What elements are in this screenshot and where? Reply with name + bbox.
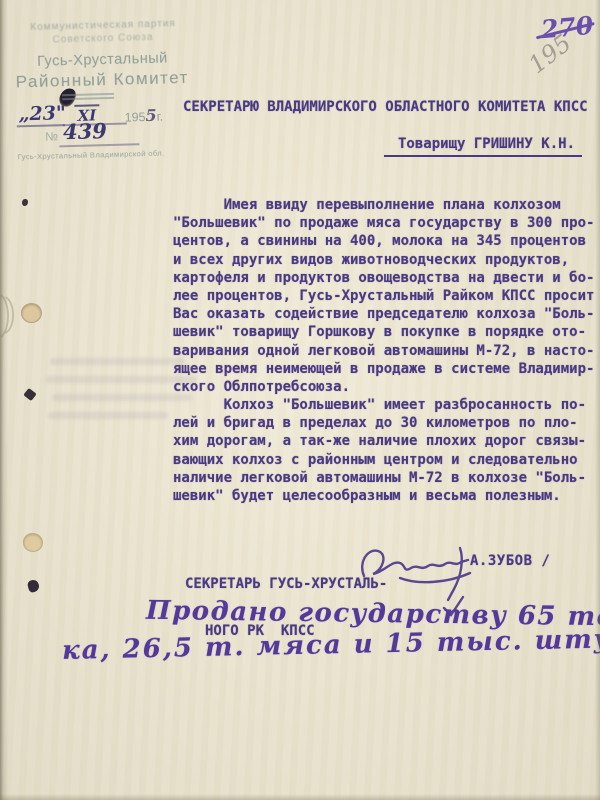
ink-ghost-offset: [48, 412, 168, 419]
body-text-line: "Большевик" по продаже мяса государству …: [173, 214, 600, 232]
body-text-line: лее процентов, Гусь-Хрустальный Райком К…: [173, 287, 600, 305]
punch-hole: [21, 303, 42, 323]
body-text-line: Вас оказать содействие председателю колх…: [173, 305, 600, 323]
stamp-footer: Гусь-Хрустальный Владимирской обл.: [18, 149, 165, 162]
stamp-org-line: Коммунистическая партия: [30, 18, 176, 33]
stamp-rule: [62, 93, 114, 96]
scanned-letter-page: Коммунистическая партия Советского Союза…: [0, 0, 600, 800]
body-text-line: центов, а свинины на 400, молока на 345 …: [173, 232, 600, 250]
stamp-org-line: Районный Комитет: [15, 68, 189, 93]
body-text-line: ящее время неимеющей в продаже в системе…: [173, 360, 600, 378]
stamp-number-value: 439: [63, 118, 107, 144]
body-text-line: вающих колхоз с районным центром и следо…: [173, 451, 600, 469]
paper-speck: [27, 579, 41, 593]
body-text-line: и всех других видов животноводческих про…: [173, 251, 600, 269]
body-text-line: шевик" будет целесообразным и весьма пол…: [173, 487, 600, 505]
stamp-date-year: 1955г.: [124, 106, 163, 126]
signatory-name: А.ЗУБОВ /: [470, 553, 550, 569]
body-text-line: Имея ввиду перевыполнение плана колхозом: [173, 196, 600, 214]
ink-ghost-offset: [50, 358, 185, 365]
body-text-line: шевик" товарищу Горшкову в покупке в пор…: [173, 323, 600, 341]
stamp-underline: [17, 124, 65, 127]
stamp-org-line: Гусь-Хрустальный: [37, 50, 168, 69]
year-printed: 195: [124, 110, 145, 125]
committee-corner-stamp: Коммунистическая партия Советского Союза…: [12, 10, 206, 175]
body-text-line: хим дорогам, а так-же наличие плохих дор…: [173, 432, 600, 450]
body-text-line: Колхоз "Большевик" имеет разбросанность …: [173, 396, 600, 414]
stamp-rule: [62, 97, 114, 100]
paper-speck: [23, 388, 36, 401]
stamp-org-line: Советского Союза: [52, 32, 153, 46]
body-text-line: ского Облпотребсоюза.: [173, 378, 600, 396]
paper-speck: [22, 199, 28, 206]
addressee-line: СЕКРЕТАРЮ ВЛАДИМИРСКОГО ОБЛАСТНОГО КОМИТ…: [183, 99, 588, 115]
scan-edge-shadow: [0, 794, 600, 800]
body-text-line: картофеля и продуктов овощеводства на дв…: [173, 269, 600, 287]
stamp-date-day: „23": [18, 102, 66, 125]
body-text-line: наличие легковой автомашины М-72 в колхо…: [173, 469, 600, 487]
year-suffix: г.: [156, 110, 163, 124]
ink-ghost-offset: [52, 394, 192, 401]
recipient-line: Товарищу ГРИШИНУ К.Н.: [384, 136, 582, 157]
punch-hole: [23, 533, 43, 552]
letter-body: Имея ввиду перевыполнение плана колхозом…: [173, 196, 600, 505]
body-text-line: лей и бригад в пределах до 30 километров…: [173, 414, 600, 432]
year-handwritten: 5: [145, 106, 157, 125]
stamp-number-label: №: [45, 129, 58, 143]
body-text-line: варивания одной легковой автомашины М-72…: [173, 342, 600, 360]
